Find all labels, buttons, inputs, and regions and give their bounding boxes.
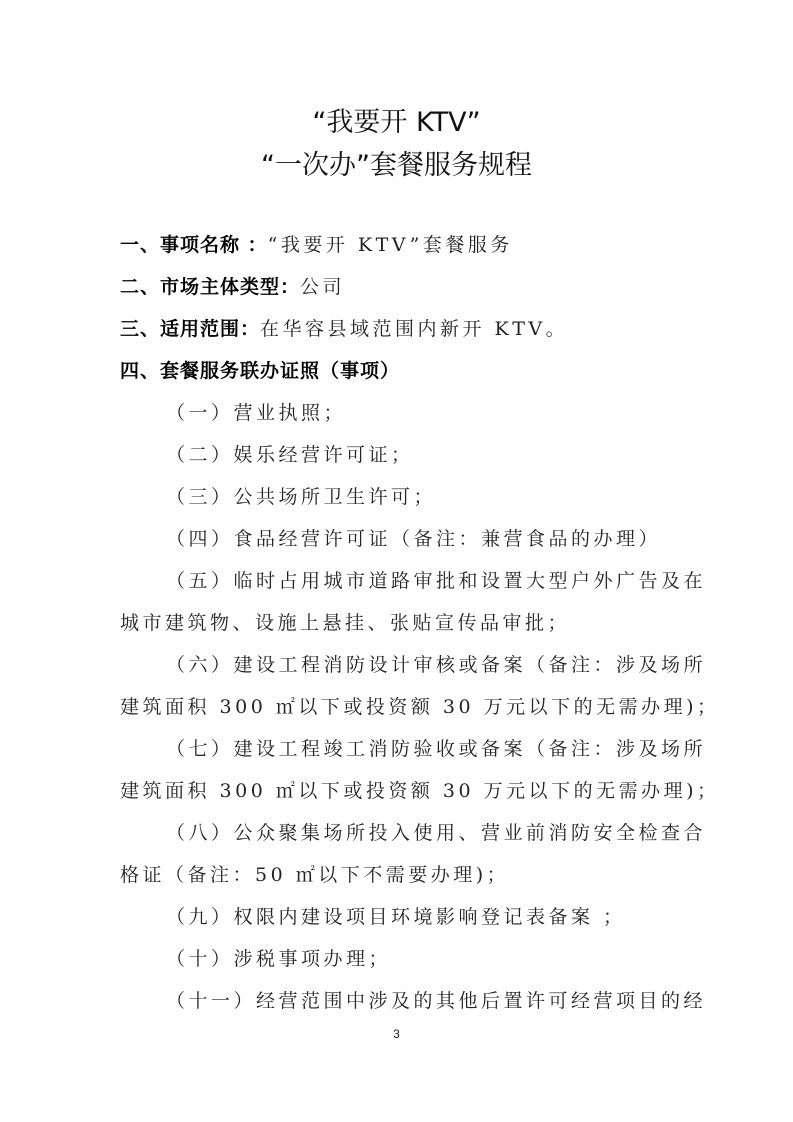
list-item: （九）权限内建设项目环境影响登记表备案 ；	[166, 902, 626, 929]
list-item-continuation: 建筑面积 300 ㎡以下或投资额 30 万元以下的无需办理)；	[120, 692, 720, 719]
section-text: 公司	[300, 276, 345, 298]
section-heading: 一、事项名称 ：	[120, 234, 268, 256]
section-item-name: 一、事项名称 ：“我要开 KTV”套餐服务	[120, 230, 513, 257]
section-scope: 三、适用范围：在华容县域范围内新开 KTV。	[120, 314, 568, 341]
section-licenses: 四、套餐服务联办证照（事项）	[120, 356, 400, 383]
section-heading: 四、套餐服务联办证照（事项）	[120, 360, 400, 382]
list-item: （三）公共场所卫生许可；	[166, 482, 436, 509]
section-entity-type: 二、市场主体类型：公司	[120, 272, 345, 299]
list-item-continuation: 格证（备注：50 ㎡以下不需要办理)；	[120, 860, 509, 887]
page-number: 3	[0, 1027, 793, 1041]
section-text: “我要开 KTV”套餐服务	[268, 234, 513, 256]
section-text: 在华容县域范围内新开 KTV。	[260, 318, 568, 340]
document-title-line-2: “一次办”套餐服务规程	[0, 143, 793, 182]
list-item: （一）营业执照；	[166, 398, 346, 425]
list-item: （二）娱乐经营许可证；	[166, 440, 414, 467]
list-item: （十一）经营范围中涉及的其他后置许可经营项目的经	[166, 986, 706, 1013]
document-title-line-1: “我要开 KTV”	[0, 100, 793, 139]
list-item: （八）公众聚集场所投入使用、营业前消防安全检查合	[166, 818, 706, 845]
list-item-continuation: 城市建筑物、设施上悬挂、张贴宣传品审批；	[120, 608, 570, 635]
section-heading: 二、市场主体类型：	[120, 276, 300, 298]
list-item: （七）建设工程竣工消防验收或备案（备注：涉及场所	[166, 734, 706, 761]
list-item-continuation: 建筑面积 300 ㎡以下或投资额 30 万元以下的无需办理)；	[120, 776, 720, 803]
list-item: （六）建设工程消防设计审核或备案（备注：涉及场所	[166, 650, 706, 677]
list-item: （五）临时占用城市道路审批和设置大型户外广告及在	[166, 566, 706, 593]
list-item: （十）涉税事项办理；	[166, 944, 391, 971]
section-heading: 三、适用范围：	[120, 318, 260, 340]
list-item: （四）食品经营许可证（备注：兼营食品的办理）	[166, 524, 661, 551]
